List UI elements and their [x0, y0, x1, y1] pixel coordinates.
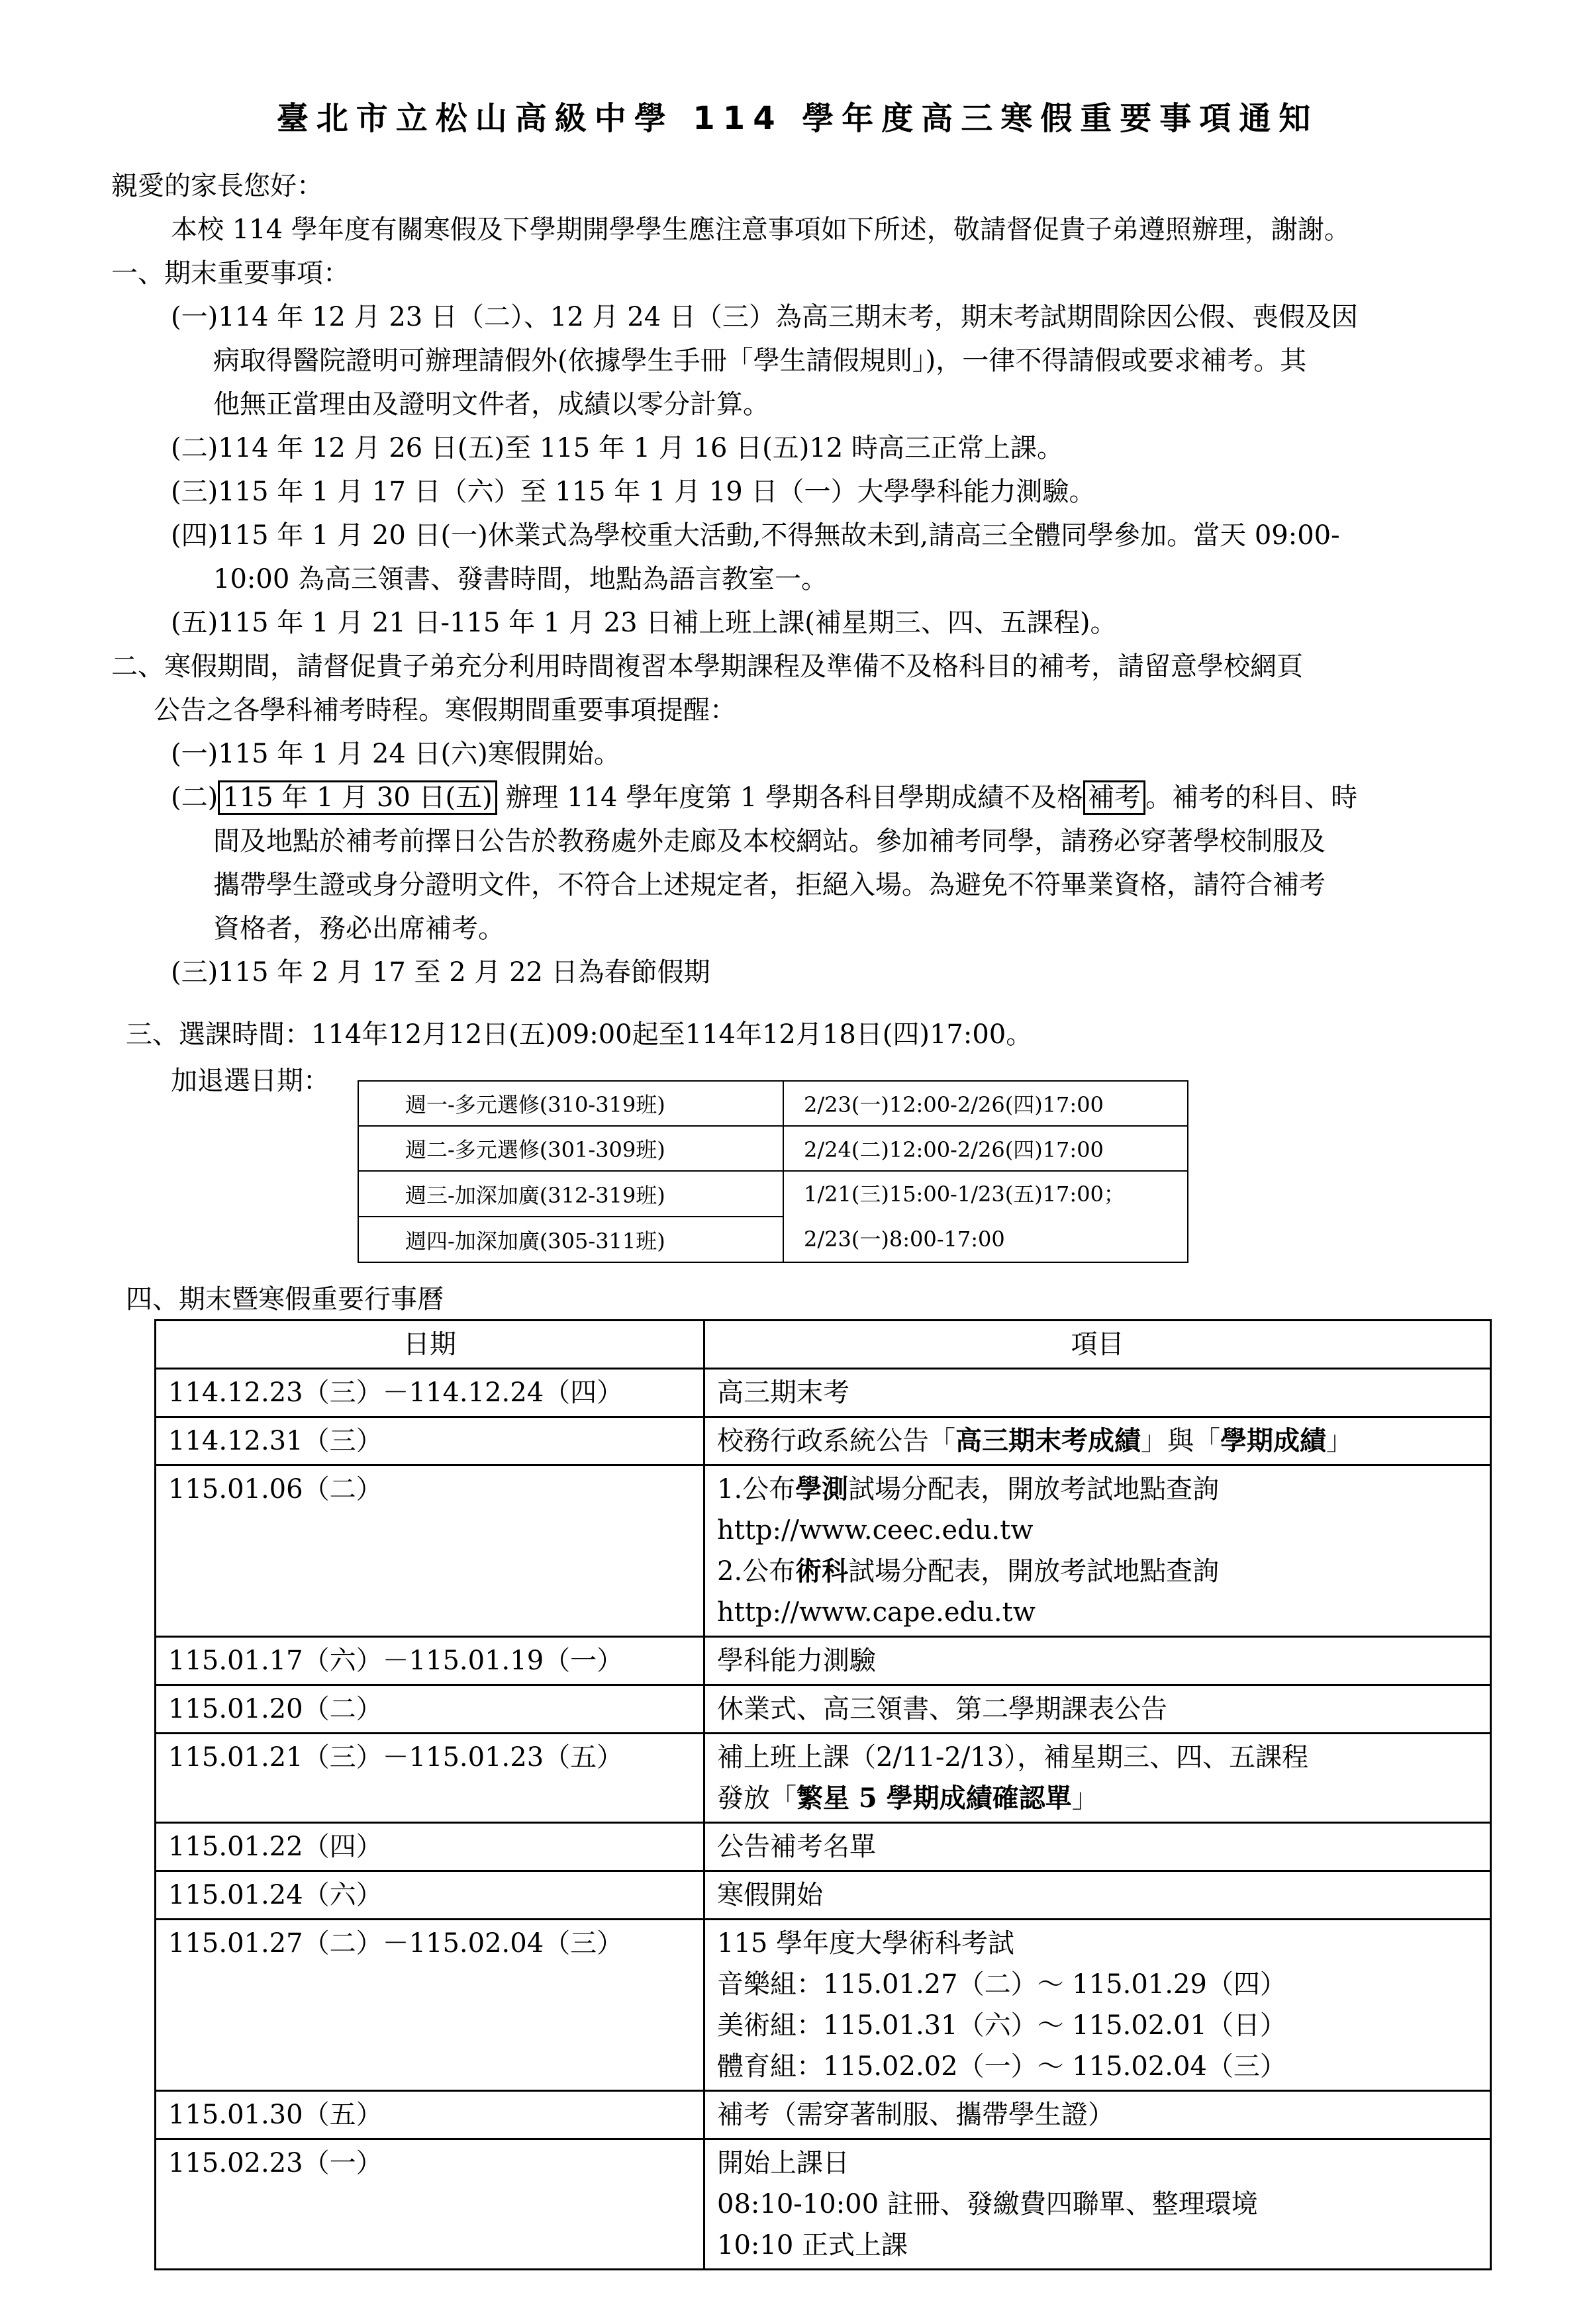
cell-date: 115.01.27（二）－115.02.04（三）: [156, 1920, 704, 2091]
column-header-item: 項目: [704, 1321, 1491, 1369]
section2-item3: (三)115 年 2 月 17 至 2 月 22 日為春節假期: [171, 951, 710, 994]
cell-date: 115.01.22（四）: [156, 1823, 704, 1871]
adddrop-table: 週一-多元選修(310-319班) 2/23(一)12:00-2/26(四)17…: [358, 1080, 1188, 1263]
line: 2.公布術科試場分配表，開放考試地點查詢: [717, 1551, 1478, 1592]
line: 10:10 正式上課: [717, 2225, 1478, 2266]
adddrop-group: 週四-加深加廣(305-311班): [358, 1217, 783, 1262]
cell-date: 115.01.06（二）: [156, 1465, 704, 1637]
adddrop-label: 加退選日期：: [171, 1059, 330, 1103]
table-header-row: 日期 項目: [156, 1321, 1491, 1369]
table-row: 114.12.23（三）－114.12.24（四） 高三期末考: [156, 1369, 1491, 1417]
bold-text: 繁星 5 學期成績確認單: [797, 1783, 1072, 1814]
item-suffix: 。補考的科目、時: [1145, 782, 1357, 813]
boxed-date: 115 年 1 月 30 日(五): [218, 780, 497, 815]
bold-text: 高三期末考成績: [955, 1425, 1141, 1456]
section1-item4-line1: (四)115 年 1 月 20 日(一)休業式為學校重大活動,不得無故未到,請高…: [171, 514, 1340, 557]
section1-item5: (五)115 年 1 月 21 日-115 年 1 月 23 日補上班上課(補星…: [171, 601, 1116, 645]
cell-item: 補上班上課（2/11-2/13），補星期三、四、五課程 發放「繁星 5 學期成績…: [704, 1734, 1491, 1823]
section1-item1-line2: 病取得醫院證明可辦理請假外(依據學生手冊「學生請假規則」)，一律不得請假或要求補…: [213, 339, 1306, 383]
cell-item: 寒假開始: [704, 1871, 1491, 1920]
adddrop-group: 週二-多元選修(301-309班): [358, 1126, 783, 1171]
line: 115 學年度大學術科考試: [717, 1923, 1478, 1964]
line: 1.公布學測試場分配表，開放考試地點查詢: [717, 1469, 1478, 1510]
cell-item: 補考（需穿著制服、攜帶學生證）: [704, 2091, 1491, 2139]
table-row: 週二-多元選修(301-309班) 2/24(二)12:00-2/26(四)17…: [358, 1126, 1188, 1171]
bold-text: 學測: [795, 1473, 848, 1505]
adddrop-group: 週三-加深加廣(312-319班): [358, 1171, 783, 1217]
line: 體育組：115.02.02（一）～ 115.02.04（三）: [717, 2046, 1478, 2087]
text: 發放「: [717, 1783, 797, 1814]
table-row: 115.01.20（二） 休業式、高三領書、第二學期課表公告: [156, 1685, 1491, 1734]
table-row: 115.01.21（三）－115.01.23（五） 補上班上課（2/11-2/1…: [156, 1734, 1491, 1823]
table-row: 115.01.24（六） 寒假開始: [156, 1871, 1491, 1920]
section3-heading: 三、選課時間：114年12月12日(五)09:00起至114年12月18日(四)…: [126, 1013, 1032, 1056]
boxed-word: 補考: [1083, 780, 1145, 815]
cell-date: 115.02.23（一）: [156, 2139, 704, 2270]
text: 試場分配表，開放考試地點查詢: [848, 1474, 1219, 1505]
cell-item: 115 學年度大學術科考試 音樂組：115.01.27（二）～ 115.01.2…: [704, 1920, 1491, 2091]
section1-item1-line1: (一)114 年 12 月 23 日（二）、12 月 24 日（三）為高三期末考…: [171, 295, 1358, 339]
section1-heading: 一、期末重要事項：: [111, 252, 350, 295]
ceec-link[interactable]: http://www.ceec.edu.tw: [717, 1510, 1478, 1551]
table-row: 115.01.27（二）－115.02.04（三） 115 學年度大學術科考試 …: [156, 1920, 1491, 2091]
cell-item: 休業式、高三領書、第二學期課表公告: [704, 1685, 1491, 1734]
section2-item2-line4: 資格者，務必出席補考。: [213, 907, 505, 951]
text: 1.公布: [717, 1474, 795, 1505]
cell-item: 學科能力測驗: [704, 1637, 1491, 1685]
cell-date: 115.01.20（二）: [156, 1685, 704, 1734]
section2-item2-line2: 間及地點於補考前擇日公告於教務處外走廊及本校網站。參加補考同學，請務必穿著學校制…: [213, 819, 1326, 863]
cell-date: 114.12.23（三）－114.12.24（四）: [156, 1369, 704, 1417]
section1-item4-line2: 10:00 為高三領書、發書時間，地點為語言教室一。: [213, 557, 828, 601]
intro-paragraph: 本校 114 學年度有關寒假及下學期開學學生應注意事項如下所述，敬請督促貴子弟遵…: [171, 208, 1351, 252]
line: 發放「繁星 5 學期成績確認單」: [717, 1778, 1478, 1819]
table-row: 115.01.06（二） 1.公布學測試場分配表，開放考試地點查詢 http:/…: [156, 1465, 1491, 1637]
cell-item: 公告補考名單: [704, 1823, 1491, 1871]
text: 」: [1072, 1783, 1098, 1814]
section2-item1: (一)115 年 1 月 24 日(六)寒假開始。: [171, 732, 620, 776]
cell-date: 115.01.24（六）: [156, 1871, 704, 1920]
adddrop-time: 2/24(二)12:00-2/26(四)17:00: [783, 1126, 1188, 1171]
text: 」與「: [1141, 1426, 1220, 1456]
calendar-table: 日期 項目 114.12.23（三）－114.12.24（四） 高三期末考 11…: [154, 1319, 1492, 2270]
cell-item: 開始上課日 08:10-10:00 註冊、發繳費四聯單、整理環境 10:10 正…: [704, 2139, 1491, 2270]
section1-item2: (二)114 年 12 月 26 日(五)至 115 年 1 月 16 日(五)…: [171, 426, 1063, 470]
page-title: 臺北市立松山高級中學 114 學年度高三寒假重要事項通知: [0, 93, 1595, 138]
table-row: 週三-加深加廣(312-319班) 1/21(三)15:00-1/23(五)17…: [358, 1171, 1188, 1217]
bold-text: 術科: [795, 1556, 848, 1587]
table-row: 115.02.23（一） 開始上課日 08:10-10:00 註冊、發繳費四聯單…: [156, 2139, 1491, 2270]
cell-date: 115.01.30（五）: [156, 2091, 704, 2139]
text: 校務行政系統公告「: [717, 1426, 955, 1456]
section1-item3: (三)115 年 1 月 17 日（六）至 115 年 1 月 19 日（一）大…: [171, 470, 1095, 514]
table-row: 週一-多元選修(310-319班) 2/23(一)12:00-2/26(四)17…: [358, 1081, 1188, 1126]
adddrop-time: 1/21(三)15:00-1/23(五)17:00；: [804, 1172, 1167, 1217]
adddrop-time-merged: 1/21(三)15:00-1/23(五)17:00； 2/23(一)8:00-1…: [783, 1171, 1188, 1262]
adddrop-time: 2/23(一)12:00-2/26(四)17:00: [783, 1081, 1188, 1126]
cell-date: 114.12.31（三）: [156, 1417, 704, 1465]
adddrop-group: 週一-多元選修(310-319班): [358, 1081, 783, 1126]
column-header-date: 日期: [156, 1321, 704, 1369]
adddrop-time: 2/23(一)8:00-17:00: [804, 1217, 1167, 1262]
cell-item: 校務行政系統公告「高三期末考成績」與「學期成績」: [704, 1417, 1491, 1465]
greeting: 親愛的家長您好：: [111, 164, 323, 208]
cell-item: 1.公布學測試場分配表，開放考試地點查詢 http://www.ceec.edu…: [704, 1465, 1491, 1637]
table-row: 114.12.31（三） 校務行政系統公告「高三期末考成績」與「學期成績」: [156, 1417, 1491, 1465]
section2-heading-line1: 二、寒假期間，請督促貴子弟充分利用時間複習本學期課程及準備不及格科目的補考，請留…: [111, 645, 1303, 688]
bold-text: 學期成績: [1220, 1425, 1326, 1456]
item-prefix: (二): [171, 782, 218, 813]
section2-item2-line3: 攜帶學生證或身分證明文件，不符合上述規定者，拒絕入場。為避免不符畢業資格，請符合…: [213, 863, 1326, 907]
line: 開始上課日: [717, 2143, 1478, 2184]
line: 補上班上課（2/11-2/13），補星期三、四、五課程: [717, 1737, 1478, 1778]
item-middle: 辦理 114 學年度第 1 學期各科目學期成績不及格: [497, 782, 1083, 813]
line: 音樂組：115.01.27（二）～ 115.01.29（四）: [717, 1964, 1478, 2005]
cell-date: 115.01.17（六）－115.01.19（一）: [156, 1637, 704, 1685]
text: 」: [1326, 1426, 1353, 1456]
cape-link[interactable]: http://www.cape.edu.tw: [717, 1592, 1478, 1633]
line: 08:10-10:00 註冊、發繳費四聯單、整理環境: [717, 2184, 1478, 2225]
section2-heading-line2: 公告之各學科補考時程。寒假期間重要事項提醒：: [154, 688, 736, 732]
cell-item: 高三期末考: [704, 1369, 1491, 1417]
section4-heading: 四、期末暨寒假重要行事曆: [126, 1278, 444, 1321]
cell-date: 115.01.21（三）－115.01.23（五）: [156, 1734, 704, 1823]
text: 試場分配表，開放考試地點查詢: [848, 1556, 1219, 1587]
table-row: 115.01.22（四） 公告補考名單: [156, 1823, 1491, 1871]
table-row: 115.01.17（六）－115.01.19（一） 學科能力測驗: [156, 1637, 1491, 1685]
line: 美術組：115.01.31（六）～ 115.02.01（日）: [717, 2005, 1478, 2046]
table-row: 115.01.30（五） 補考（需穿著制服、攜帶學生證）: [156, 2091, 1491, 2139]
text: 2.公布: [717, 1556, 795, 1587]
section1-item1-line3: 他無正當理由及證明文件者，成績以零分計算。: [213, 383, 769, 426]
section2-item2-line1: (二)115 年 1 月 30 日(五) 辦理 114 學年度第 1 學期各科目…: [171, 776, 1357, 819]
